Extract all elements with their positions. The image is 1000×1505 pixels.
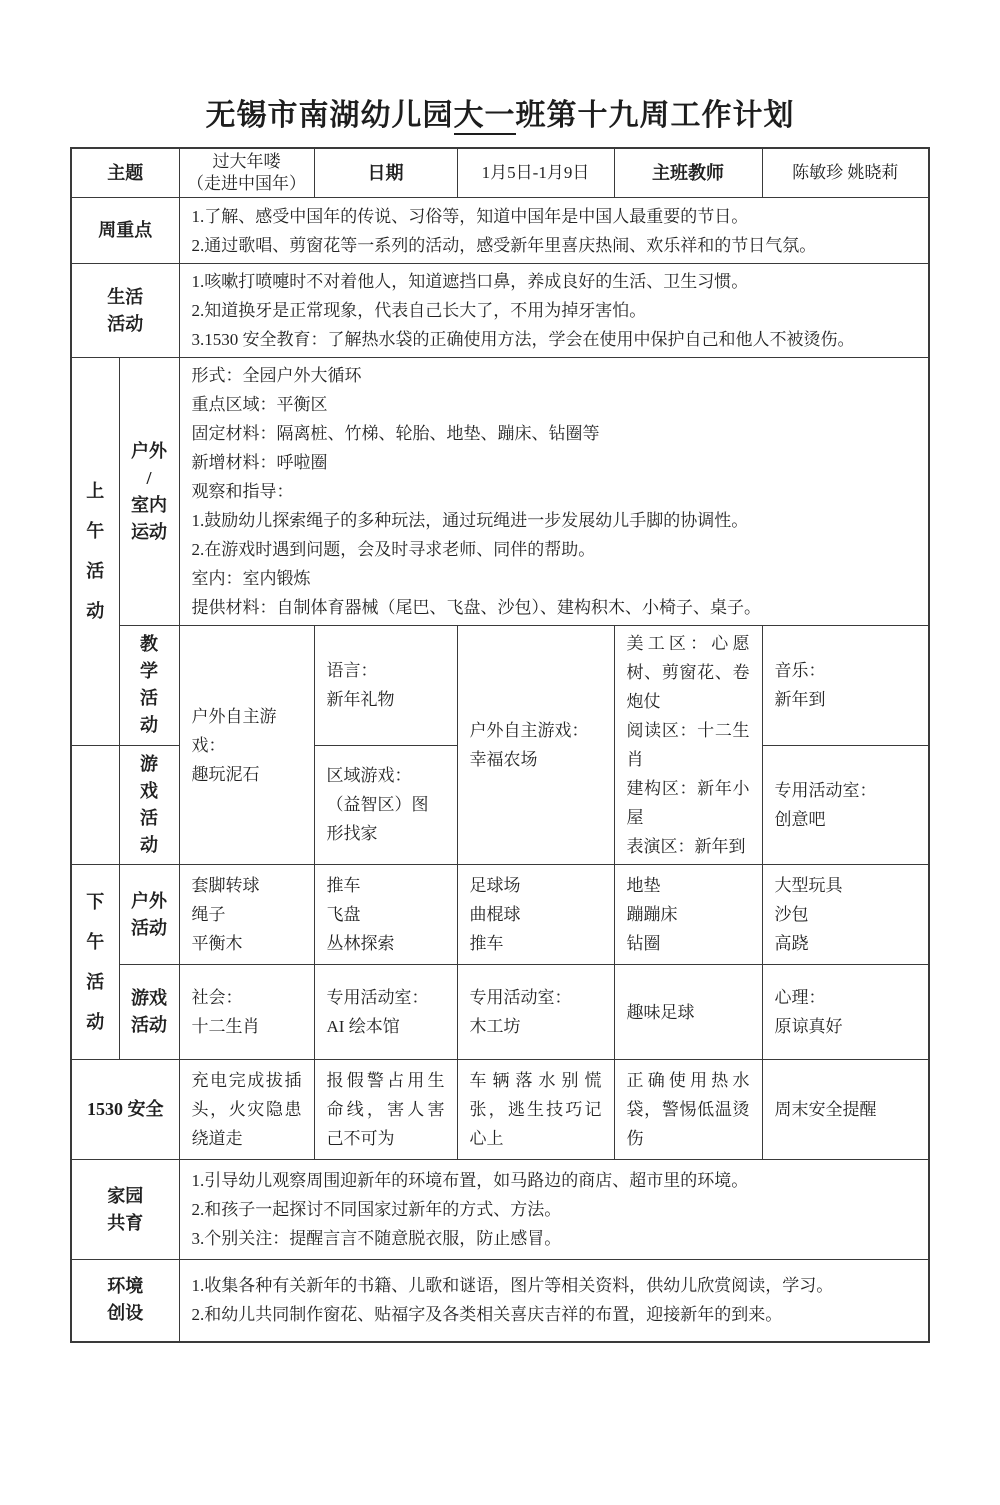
environment-label-cell: 环境 创设 xyxy=(71,1260,179,1342)
week-focus-row: 周重点 1.了解、感受中国年的传说、习俗等，知道中国年是中国人最重要的节日。 2… xyxy=(71,198,929,264)
teacher-label-cell: 主班教师 xyxy=(614,148,762,198)
environment-content-cell: 1.收集各种有关新年的书籍、儿歌和谜语，图片等相关资料，供幼儿欣赏阅读，学习。 … xyxy=(179,1260,929,1342)
afternoon-outdoor-cell-5: 大型玩具 沙包 高跷 xyxy=(762,865,929,965)
theme-value-cell: 过大年喽 （走进中国年） xyxy=(179,148,314,198)
safety-cell-4: 正确使用热水袋，警惕低温烫伤 xyxy=(614,1060,762,1160)
title-suffix: 班第十九周工作计划 xyxy=(516,99,795,132)
empty-cell xyxy=(71,745,119,865)
teacher-value-cell: 陈敏珍 姚晓莉 xyxy=(762,148,929,198)
afternoon-game-label-cell: 游戏 活动 xyxy=(119,965,179,1060)
header-row: 主题 过大年喽 （走进中国年） 日期 1月5日-1月9日 主班教师 陈敏珍 姚晓… xyxy=(71,148,929,198)
afternoon-game-cell-5: 心理： 原谅真好 xyxy=(762,965,929,1060)
afternoon-outdoor-cell-4: 地垫 蹦蹦床 钻圈 xyxy=(614,865,762,965)
afternoon-game-cell-4: 趣味足球 xyxy=(614,965,762,1060)
title-prefix: 无锡市南湖幼儿园 xyxy=(206,99,454,132)
morning-sport-content-cell: 形式：全园户外大循环 重点区域：平衡区 固定材料：隔离桩、竹梯、轮胎、地垫、蹦床… xyxy=(179,358,929,626)
afternoon-outdoor-row: 下 午 活 动 户外 活动 套脚转球 绳子 平衡木 推车 飞盘 丛林探索 足球场… xyxy=(71,865,929,965)
afternoon-outdoor-cell-2: 推车 飞盘 丛林探索 xyxy=(314,865,457,965)
morning-happy-farm-cell: 户外自主游戏： 幸福农场 xyxy=(457,626,614,865)
afternoon-outdoor-label-cell: 户外 活动 xyxy=(119,865,179,965)
morning-game-label-cell: 游 戏 活 动 xyxy=(119,745,179,865)
safety-cell-2: 报假警占用生命线，害人害己不可为 xyxy=(314,1060,457,1160)
morning-outdoor-free-play-cell: 户外自主游戏： 趣玩泥石 xyxy=(179,626,314,865)
safety-row: 1530 安全 充电完成拔插头，火灾隐患绕道走 报假警占用生命线，害人害己不可为… xyxy=(71,1060,929,1160)
afternoon-game-cell-2: 专用活动室： AI 绘本馆 xyxy=(314,965,457,1060)
page-title: 无锡市南湖幼儿园大一班第十九周工作计划 xyxy=(0,90,1000,134)
afternoon-game-row: 游戏 活动 社会： 十二生肖 专用活动室： AI 绘本馆 专用活动室： 木工坊 … xyxy=(71,965,929,1060)
date-value-cell: 1月5日-1月9日 xyxy=(457,148,614,198)
afternoon-outdoor-cell-1: 套脚转球 绳子 平衡木 xyxy=(179,865,314,965)
home-label-cell: 家园 共育 xyxy=(71,1160,179,1260)
morning-sport-label-cell: 户外 / 室内 运动 xyxy=(119,358,179,626)
morning-music-cell: 音乐： 新年到 xyxy=(762,626,929,746)
afternoon-label-cell: 下 午 活 动 xyxy=(71,865,119,1060)
morning-sport-row: 上 午 活 动 户外 / 室内 运动 形式：全园户外大循环 重点区域：平衡区 固… xyxy=(71,358,929,626)
morning-teaching-label-cell: 教 学 活 动 xyxy=(119,626,179,746)
morning-area-corners-cell: 美工区：心愿树、剪窗花、卷炮仗 阅读区：十二生肖 建构区：新年小屋 表演区：新年… xyxy=(614,626,762,865)
environment-row: 环境 创设 1.收集各种有关新年的书籍、儿歌和谜语，图片等相关资料，供幼儿欣赏阅… xyxy=(71,1260,929,1342)
home-coeducation-row: 家园 共育 1.引导幼儿观察周围迎新年的环境布置，如马路边的商店、超市里的环境。… xyxy=(71,1160,929,1260)
morning-language-cell: 语言： 新年礼物 xyxy=(314,626,457,746)
weekly-plan-table: 主题 过大年喽 （走进中国年） 日期 1月5日-1月9日 主班教师 陈敏珍 姚晓… xyxy=(70,147,930,1343)
safety-label-cell: 1530 安全 xyxy=(71,1060,179,1160)
safety-cell-1: 充电完成拔插头，火灾隐患绕道走 xyxy=(179,1060,314,1160)
afternoon-game-cell-1: 社会： 十二生肖 xyxy=(179,965,314,1060)
title-underlined-class: 大一 xyxy=(454,99,516,135)
life-activity-content-cell: 1.咳嗽打喷嚏时不对着他人，知道遮挡口鼻，养成良好的生活、卫生习惯。 2.知道换… xyxy=(179,264,929,358)
safety-cell-5: 周末安全提醒 xyxy=(762,1060,929,1160)
afternoon-game-cell-3: 专用活动室： 木工坊 xyxy=(457,965,614,1060)
week-focus-label-cell: 周重点 xyxy=(71,198,179,264)
home-content-cell: 1.引导幼儿观察周围迎新年的环境布置，如马路边的商店、超市里的环境。 2.和孩子… xyxy=(179,1160,929,1260)
safety-cell-3: 车辆落水别慌张，逃生技巧记心上 xyxy=(457,1060,614,1160)
morning-special-room-cell: 专用活动室： 创意吧 xyxy=(762,745,929,865)
date-label-cell: 日期 xyxy=(314,148,457,198)
morning-label-cell: 上 午 活 动 xyxy=(71,358,119,746)
life-activity-row: 生活 活动 1.咳嗽打喷嚏时不对着他人，知道遮挡口鼻，养成良好的生活、卫生习惯。… xyxy=(71,264,929,358)
morning-region-game-cell: 区域游戏： （益智区）图形找家 xyxy=(314,745,457,865)
theme-label-cell: 主题 xyxy=(71,148,179,198)
week-focus-content-cell: 1.了解、感受中国年的传说、习俗等，知道中国年是中国人最重要的节日。 2.通过歌… xyxy=(179,198,929,264)
life-activity-label-cell: 生活 活动 xyxy=(71,264,179,358)
morning-teaching-row: 教 学 活 动 户外自主游戏： 趣玩泥石 语言： 新年礼物 户外自主游戏： 幸福… xyxy=(71,626,929,746)
afternoon-outdoor-cell-3: 足球场 曲棍球 推车 xyxy=(457,865,614,965)
